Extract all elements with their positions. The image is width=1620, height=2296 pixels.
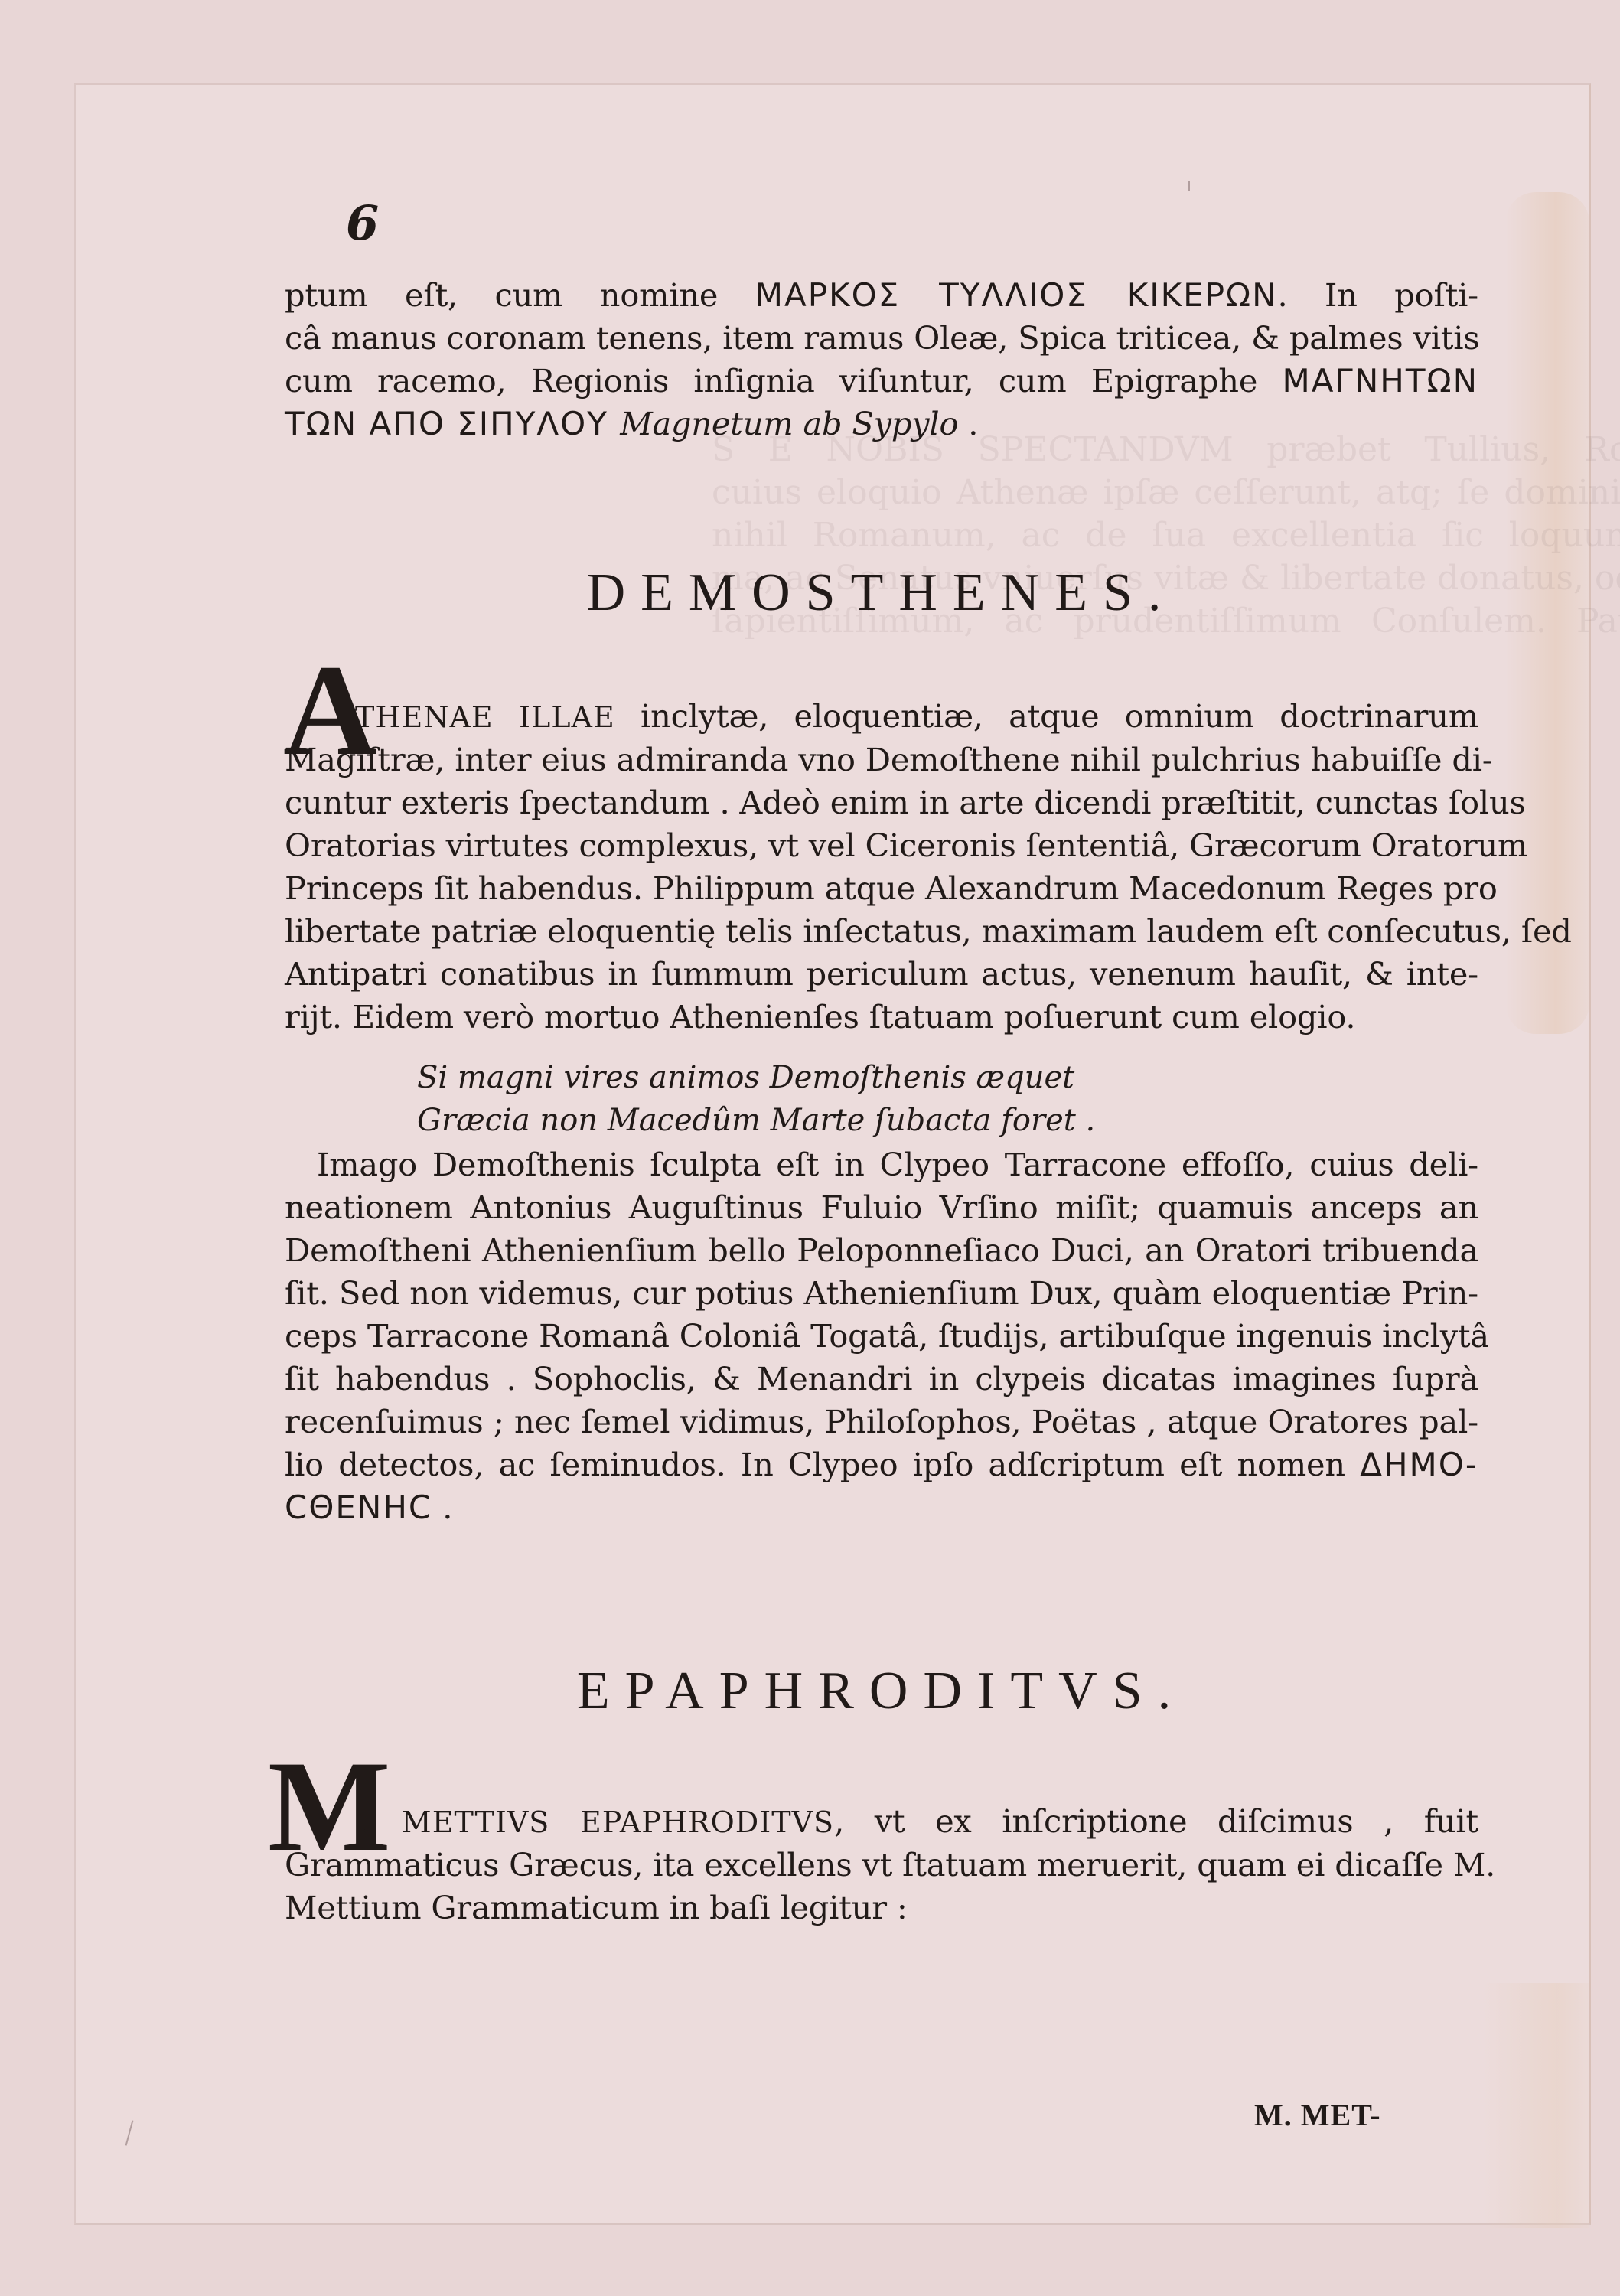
paragraph2-line-6: ſit habendus . Sophoclis, & Menandri in … <box>285 1358 1478 1401</box>
epaphroditus-paragraph: . METTIVS EPAPHRODITVS, vt ex inſcriptio… <box>285 1800 1478 1929</box>
paragraph2-line-2: neationem Antonius Auguſtinus Fuluio Vrſ… <box>285 1186 1478 1229</box>
foxing-stain-lower <box>1482 1983 1589 2228</box>
epaphroditus-line-3: Mettium Grammaticum in baſi legitur : <box>285 1887 1478 1929</box>
lead-in-athenae-illae: THENAE ILLAE <box>355 700 615 734</box>
demosthenes-line-3: cuntur exteris ſpectandum . Adeò enim in… <box>285 781 1478 824</box>
demosthenes-line-2: Magiſtræ, inter eius admiranda vno Demoſ… <box>285 739 1478 781</box>
epaphroditus-line-1: . METTIVS EPAPHRODITVS, vt ex inſcriptio… <box>285 1800 1478 1844</box>
greek-inscription-magneton: ΜΑΓΝΗΤΩΝ <box>1282 362 1478 400</box>
greek-inscription-apo-sipylou: ΤΩΝ ΑΠΟ ΣΙΠΥΛΟΥ <box>285 405 620 442</box>
foxing-stain <box>1505 192 1589 1034</box>
section-heading-demosthenes: DEMOSTHENES. <box>285 563 1478 624</box>
intro-line-4: ΤΩΝ ΑΠΟ ΣΙΠΥΛΟΥ Magnetum ab Sypylo . <box>285 403 1478 445</box>
demosthenes-paragraph-1: THENAE ILLAE inclytæ, eloquentiæ, atque … <box>285 695 1478 1039</box>
demosthenes-line-4: Oratorias virtutes complexus, vt vel Cic… <box>285 824 1478 867</box>
paragraph2-line-5: ceps Tarracone Romanâ Coloniâ Togatâ, ſt… <box>285 1315 1478 1358</box>
verse-line-1: Si magni vires animos Demoſthenis æquet <box>417 1056 1095 1099</box>
greek-name-demosthenes-part2: CΘΕΝΗC <box>285 1489 432 1526</box>
demosthenes-paragraph-2: Imago Demoſthenis ſculpta eſt in Clypeo … <box>285 1143 1478 1529</box>
intro-line-2: câ manus coronam tenens, item ramus Oleæ… <box>285 317 1478 360</box>
intro-line-1: ptum eſt, cum nomine ΜΑΡΚΟΣ ΤΥΛΛΙΟΣ ΚΙΚΕ… <box>285 274 1478 317</box>
demosthenes-line-5: Princeps ſit habendus. Philippum atque A… <box>285 867 1478 910</box>
section-heading-epaphroditus: EPAPHRODITVS. <box>285 1661 1478 1722</box>
lead-in-mettius-epaphroditus: . METTIVS EPAPHRODITVS <box>361 1805 834 1839</box>
elogio-verse: Si magni vires animos Demoſthenis æquet … <box>417 1056 1095 1142</box>
catchword: M. MET- <box>1254 2097 1381 2133</box>
paragraph2-line-4: ſit. Sed non videmus, cur potius Athenie… <box>285 1272 1478 1315</box>
greek-inscription-marcus-tullius-cicero: ΜΑΡΚΟΣ ΤΥΛΛΙΟΣ ΚΙΚΕΡΩΝ <box>755 276 1278 314</box>
intro-line-3: cum racemo, Regionis inſignia viſuntur, … <box>285 360 1478 403</box>
demosthenes-line-6: libertate patriæ eloquentię telis inſect… <box>285 910 1478 953</box>
demosthenes-line-7: Antipatri conatibus in ſummum periculum … <box>285 953 1478 996</box>
demosthenes-line-1: THENAE ILLAE inclytæ, eloquentiæ, atque … <box>285 695 1478 739</box>
paragraph2-line-9: CΘΕΝΗC . <box>285 1486 1478 1529</box>
demosthenes-line-8: rijt. Eidem verò mortuo Athenienſes ſtat… <box>285 996 1478 1039</box>
paper-speck <box>1188 181 1190 191</box>
verse-line-2: Græcia non Macedûm Marte ſubacta foret . <box>417 1099 1095 1142</box>
intro-paragraph: ptum eſt, cum nomine ΜΑΡΚΟΣ ΤΥΛΛΙΟΣ ΚΙΚΕ… <box>285 274 1478 445</box>
paragraph2-line-8: lio detectos, ac ſeminudos. In Clypeo ip… <box>285 1443 1478 1486</box>
paragraph2-line-3: Demoſtheni Athenienſium bello Peloponneſ… <box>285 1229 1478 1272</box>
paragraph2-line-1: Imago Demoſthenis ſculpta eſt in Clypeo … <box>285 1143 1478 1186</box>
epaphroditus-line-2: Grammaticus Græcus, ita excellens vt ſta… <box>285 1844 1478 1887</box>
page-number: 6 <box>346 195 379 251</box>
greek-name-demosthenes-part1: ΔΗΜΟ- <box>1360 1446 1478 1483</box>
paragraph2-line-7: recenſuimus ; nec ſemel vidimus, Philoſo… <box>285 1401 1478 1443</box>
